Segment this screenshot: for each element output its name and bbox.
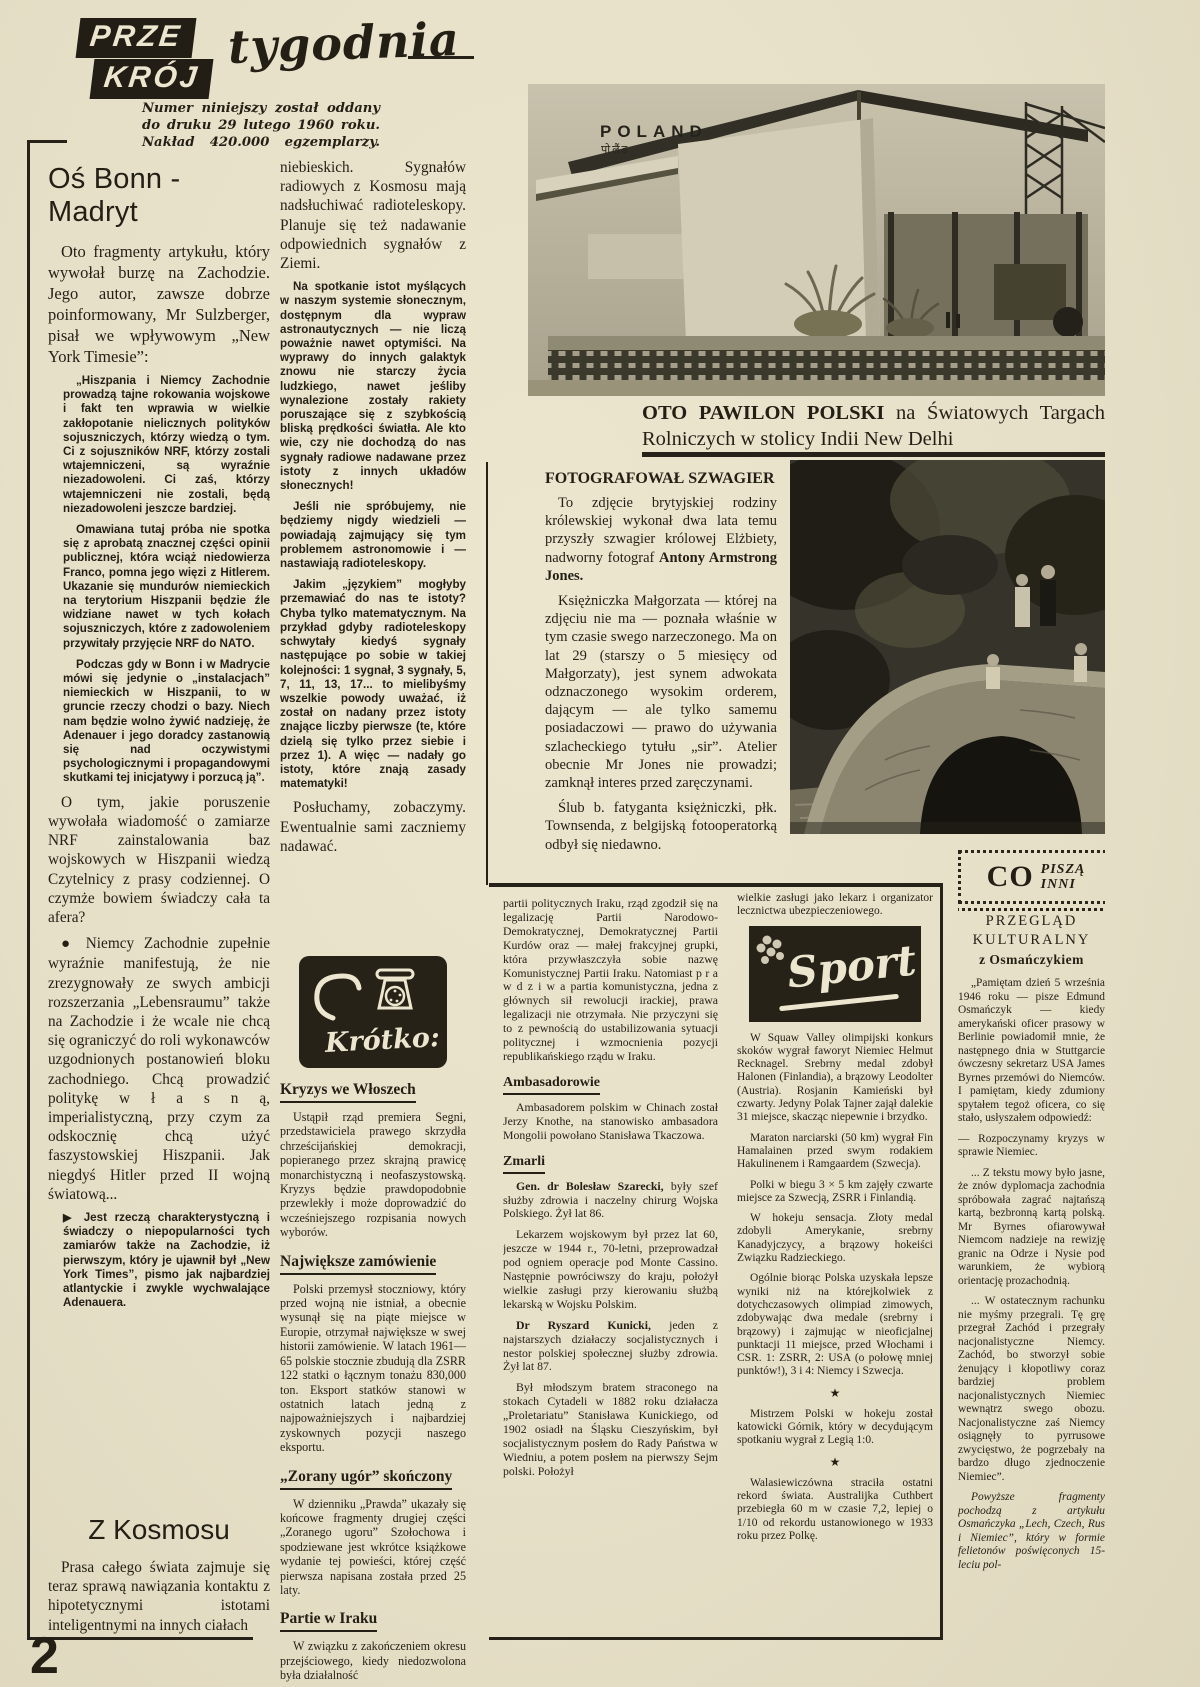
bonn-bullet-para: ● Niemcy Zachodnie zupełnie wyraźnie man… [48,934,270,1204]
co-pisza-logo-rest: PISZĄ INNI [1041,862,1086,892]
imprint: Numer niniejszy został oddany do druku 2… [142,100,380,151]
sport-para: Maraton narciarski (50 km) wygrał Fin Ha… [737,1132,933,1172]
section-heading-text: Ambasadorowie [503,1075,600,1095]
irak-continuation: partii politycznych Iraku, rząd zgodził … [503,897,718,1064]
royal-family-photo-art [790,460,1105,834]
tygodnia-rule [408,56,474,59]
bonn-quote-para: „Hiszpania i Niemcy Zachodnie prowadzą t… [63,374,270,516]
section-heading-text: „Zorany ugór” skończony [280,1468,452,1490]
zmarli-tail: wielkie zasługi jako lekarz i organizato… [737,892,933,919]
kulturalny-heading-line: z Osmańczykiem [958,950,1105,969]
star-separator-icon: ★ [737,1386,933,1401]
caption-rule [642,452,1105,457]
przekroj-logo-top: PRZE [76,18,197,58]
kosmos-intro: niebieskich. Sygnałów radiowych z Kosmos… [280,158,466,273]
sport-logo: Sport [749,926,921,1022]
kosmos-closing: Posłuchamy, zobaczymy. Ewentualnie sami … [280,798,466,856]
imprint-line: Nakład 420.000 egzemplarzy. [142,134,380,151]
column-bonn-madryt: Oś Bonn - Madryt Oto fragmenty artykułu,… [48,163,270,1505]
bonn-bullet-text: Niemcy Zachodnie zupełnie wyraźnie manif… [48,935,270,1203]
deceased-name: Dr Ryszard Kunicki, [516,1318,651,1332]
section-heading-text: Kryzys we Włoszech [280,1081,416,1103]
column-kosmos-continuation: niebieskich. Sygnałów radiowych z Kosmos… [280,158,466,950]
bullet-icon: ● [61,936,76,952]
section-heading-ambasadorowie: Ambasadorowie [503,1075,718,1095]
szwagier-left-rule [486,462,488,885]
sport-logo-text: Sport [785,935,919,997]
krotko-logo-text: Krótko: [324,1022,440,1059]
zmarli-entry: Był młodszym bratem straconego na stokac… [503,1381,718,1478]
column-co-pisza-inni: CO PISZĄ INNI PRZEGLĄD KULTURALNY z Osma… [958,850,1105,1687]
ambasadorowie-text: Ambasadorem polskim w Chinach został Jer… [503,1101,718,1143]
sport-para: Ogólnie biorąc Polska uzyskała lepsze wy… [737,1272,933,1378]
co-pisza-para: — Rozpoczynamy kryzys w sprawie Niemiec. [958,1133,1105,1160]
page-number: 2 [30,1626,59,1686]
section-heading-partie-w-iraku: Partie w Iraku [280,1610,466,1632]
section-heading-text: Partie w Iraku [280,1610,377,1632]
deceased-name: Gen. dr Bolesław Szarecki, [516,1179,664,1193]
left-frame-top-tick [27,140,67,143]
co-pisza-logo-line: PISZĄ [1041,862,1086,877]
imprint-line: Numer niniejszy został oddany [142,100,380,117]
co-pisza-para: ... W ostatecznym rachunku nie myśmy prz… [958,1295,1105,1484]
kosmos-small-para: Jeśli nie spróbujemy, nie będziemy nigdy… [280,500,466,571]
zmarli-entry: Lekarzem wojskowym był przez lat 60, jes… [503,1228,718,1311]
kulturalny-heading-line: KULTURALNY [958,931,1105,950]
column-kosmos-start: Z Kosmosu Prasa całego świata zajmuje si… [48,1508,270,1642]
krotko-item-text: Ustąpił rząd premiera Segni, przedstawic… [280,1110,466,1240]
midframe-bottom-rule [489,1637,943,1640]
column-sport: wielkie zasługi jako lekarz i organizato… [737,892,933,1637]
krotko-item-text: W związku z zakończeniem okresu przejści… [280,1639,466,1682]
column-szwagier: FOTOGRAFOWAŁ SZWAGIER To zdjęcie brytyjs… [545,470,777,870]
left-frame-rule [27,140,30,1637]
section-heading-text: Największe zamówienie [280,1253,436,1275]
krotko-logo: Krótko: [299,956,447,1068]
zmarli-entry-text: Lekarzem wojskowym był przez lat 60, jes… [503,1227,718,1311]
kosmos-small-para: Na spotkanie istot myślących w naszym sy… [280,280,466,493]
co-pisza-para: ... Z tekstu mowy było jasne, że znów dy… [958,1167,1105,1289]
column-krotko: Krótko: Kryzys we Włoszech Ustąpił rząd … [280,952,466,1687]
section-heading-kryzys: Kryzys we Włoszech [280,1081,466,1103]
sport-para: Polki w biegu 3 × 5 km zajęły czwarte mi… [737,1179,933,1206]
bonn-quote-para: Podczas gdy w Bonn i w Madrycie mówi się… [63,658,270,786]
pavilion-caption-bold: OTO PAWILON POLSKI [642,402,884,424]
midframe-right-rule [940,883,943,1640]
star-separator-icon: ★ [737,1455,933,1470]
co-pisza-logo-line: INNI [1041,877,1086,892]
krotko-item-text: W dzienniku „Prawda” ukazały się końcowe… [280,1497,466,1598]
zmarli-entry: Gen. dr Bolesław Szarecki, były szef słu… [503,1180,718,1222]
section-heading-zmarli: Zmarli [503,1154,718,1174]
article-title-bonn-madryt: Oś Bonn - Madryt [48,163,270,229]
co-pisza-logo-co: CO [987,860,1034,894]
poland-sign-text: POLAND [600,122,708,142]
sport-para: Mistrzem Polski w hokeju został katowick… [737,1408,933,1448]
imprint-line: do druku 29 lutego 1960 roku. [142,117,380,134]
midframe-top-rule [489,883,943,887]
krotko-item-text: Polski przemysł stoczniowy, który przed … [280,1282,466,1455]
co-pisza-inni-logo: CO PISZĄ INNI [958,850,1105,904]
section-heading-text: Zmarli [503,1154,545,1174]
kosmos-col1-text: Prasa całego świata zajmuje się teraz sp… [48,1558,270,1635]
pavilion-photo: POLAND पोलैंड [528,84,1105,396]
co-pisza-para: „Pamiętam dzień 5 września 1946 roku — p… [958,977,1105,1126]
section-heading-zamowienie: Największe zamówienie [280,1253,466,1275]
tygodnia-script: tygodnia [227,12,460,74]
zmarli-entry-text: Był młodszym bratem straconego na stokac… [503,1380,718,1477]
royal-family-photo [790,460,1105,834]
szwagier-para: Księżniczka Małgorzata — której na zdjęc… [545,592,777,792]
bonn-quote-block: „Hiszpania i Niemcy Zachodnie prowadzą t… [48,374,270,786]
szwagier-para: Ślub b. fatyganta księżniczki, płk. Town… [545,799,777,854]
przekroj-logo-bottom: KRÓJ [90,59,214,99]
kosmos-small-para: Jakim „językiem” mogłyby przemawiać do n… [280,578,466,791]
kulturalny-heading-line: PRZEGLĄD [958,912,1105,931]
section-heading-zorany-ugor: „Zorany ugór” skończony [280,1468,466,1490]
poland-sign-hindi-text: पोलैंड [601,142,629,156]
bonn-arrow-para: ▶ Jest rzeczą charakterystyczną i świadc… [48,1211,270,1310]
bonn-lead: Oto fragmenty artykułu, który wywołał bu… [48,241,270,367]
zmarli-entry: Dr Ryszard Kunicki, jeden z najstarszych… [503,1319,718,1375]
sport-para: W hokeju sensacja. Złoty medal zdobyli A… [737,1212,933,1265]
bonn-quote-para: Omawiana tutaj próba nie spotka się z ap… [63,523,270,651]
sport-para: W Squaw Valley olimpijski konkurs skoków… [737,1032,933,1125]
article-title-z-kosmosu: Z Kosmosu [48,1514,270,1546]
arrow-icon: ▶ [63,1212,76,1224]
newspaper-page: PRZE KRÓJ tygodnia Numer niniejszy zosta… [0,0,1200,1687]
sport-para: Walasiewiczówna straciła ostatni rekord … [737,1477,933,1543]
szwagier-title: FOTOGRAFOWAŁ SZWAGIER [545,470,777,488]
pavilion-caption: OTO PAWILON POLSKI na Światowych Targach… [642,400,1105,452]
column-irak-zmarli: partii politycznych Iraku, rząd zgodził … [503,897,718,1635]
bonn-after-quote: O tym, jakie poruszenie wywołała wiadomo… [48,793,270,927]
bonn-arrow-text: Jest rzeczą charakterystyczną i świadczy… [63,1211,270,1309]
co-pisza-footer: Powyższe fragmenty pochodzą z artykułu O… [958,1491,1105,1572]
szwagier-para: To zdjęcie brytyjskiej rodziny królewski… [545,494,777,585]
